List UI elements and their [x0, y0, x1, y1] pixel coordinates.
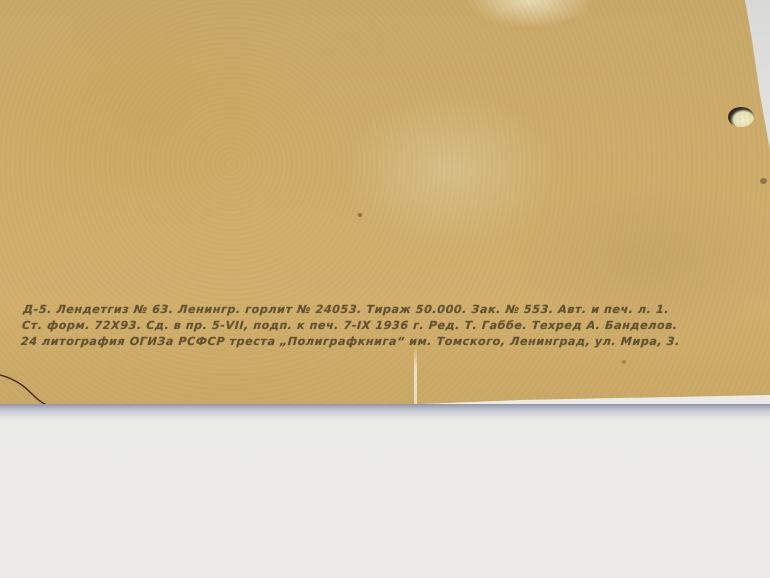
- stain-spot: [760, 178, 767, 184]
- imprint-line-3: 24 литография ОГИЗа РСФСР треста „Полигр…: [20, 334, 756, 350]
- imprint-line-2: Ст. форм. 72X93. Сд. в пр. 5-VII, подп. …: [21, 318, 757, 334]
- publication-imprint: Д-5. Лендетгиз № 63. Ленингр. горлит № 2…: [20, 302, 758, 350]
- paper-tear: [414, 345, 417, 405]
- imprint-line-1: Д-5. Лендетгиз № 63. Ленингр. горлит № 2…: [23, 302, 759, 318]
- punch-hole: [728, 107, 754, 127]
- stain-spot: [622, 360, 626, 364]
- aged-paper-sheet: Д-5. Лендетгиз № 63. Ленингр. горлит № 2…: [0, 0, 770, 412]
- paper-edge-shadow: [0, 404, 770, 420]
- ink-spot: [358, 213, 362, 217]
